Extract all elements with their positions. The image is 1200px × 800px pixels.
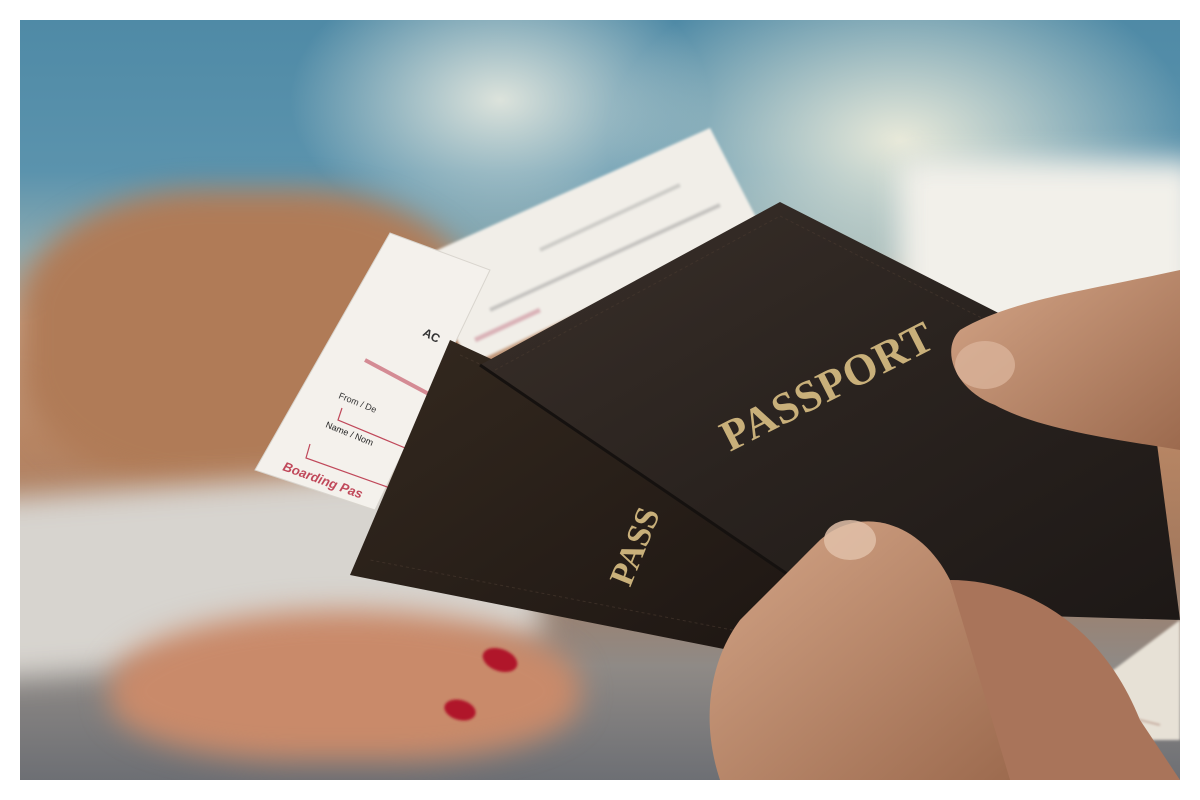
scene: AC From / De Name / Nom Boarding Pas PAS… <box>20 20 1180 780</box>
red-nails <box>442 644 521 724</box>
photo: AC From / De Name / Nom Boarding Pas PAS… <box>20 20 1180 780</box>
